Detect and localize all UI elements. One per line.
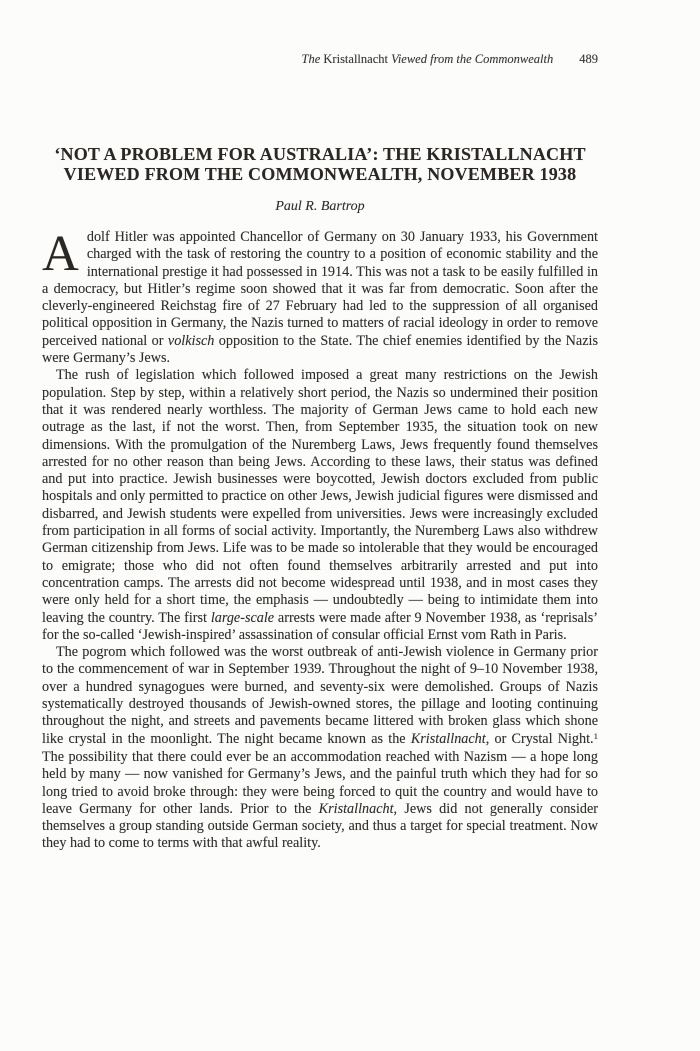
running-head: The Kristallnacht Viewed from the Common… xyxy=(42,52,598,67)
text-run: The rush of legislation which followed i… xyxy=(42,367,598,625)
article-body: Adolf Hitler was appointed Chancellor of… xyxy=(42,229,598,853)
paragraph-1: Adolf Hitler was appointed Chancellor of… xyxy=(42,229,598,367)
italic-run: large-scale xyxy=(211,610,274,626)
author-byline: Paul R. Bartrop xyxy=(42,199,598,215)
article-title-line-1: ‘NOT A PROBLEM FOR AUSTRALIA’: THE KRIST… xyxy=(42,145,598,165)
italic-run: volkisch xyxy=(168,333,214,349)
paragraph-3: The pogrom which followed was the worst … xyxy=(42,644,598,853)
running-head-title: The Kristallnacht Viewed from the Common… xyxy=(302,52,554,67)
article-title: ‘NOT A PROBLEM FOR AUSTRALIA’: THE KRIST… xyxy=(42,145,598,184)
paragraph-2: The rush of legislation which followed i… xyxy=(42,367,598,644)
scanned-page: The Kristallnacht Viewed from the Common… xyxy=(0,0,700,1051)
italic-run: Kristallnacht xyxy=(319,801,394,817)
drop-cap: A xyxy=(42,229,87,278)
article-title-line-2: VIEWED FROM THE COMMONWEALTH, NOVEMBER 1… xyxy=(42,165,598,185)
text-run: , or Crystal Night. xyxy=(486,731,594,747)
italic-run: Kristallnacht xyxy=(411,731,486,747)
italic-run: Viewed from the Commonwealth xyxy=(388,52,553,66)
text-run: dolf Hitler was appointed Chancellor of … xyxy=(42,229,598,349)
footnote-ref: 1 xyxy=(594,731,598,741)
text-run: Kristallnacht xyxy=(323,52,388,66)
italic-run: The xyxy=(302,52,324,66)
paragraph-1-text: dolf Hitler was appointed Chancellor of … xyxy=(42,229,598,366)
page-number: 489 xyxy=(579,52,598,67)
